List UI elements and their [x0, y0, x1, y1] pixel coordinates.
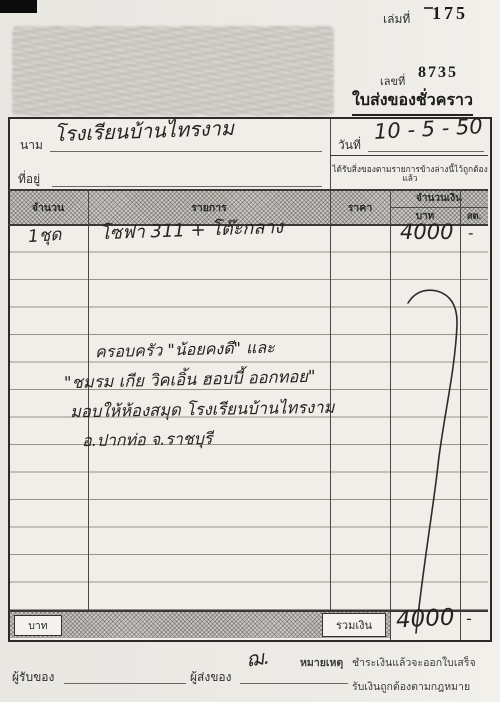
receiver-signature-line	[64, 683, 186, 684]
sender-signature-line	[240, 683, 348, 684]
remark-line-2: รับเงินถูกต้องตามกฎหมาย	[352, 678, 470, 695]
remark-line-1: ชำระเงินแล้วจะออกใบเสร็จ	[352, 654, 476, 671]
sender-label: ผู้ส่งของ	[190, 668, 231, 687]
sender-signature: ฌ.	[245, 646, 271, 669]
total-satang-value: -	[466, 611, 472, 627]
footer-baht-box: บาท	[14, 615, 62, 636]
remark-label: หมายเหตุ	[300, 654, 343, 671]
scanned-delivery-note: เล่มที่ 175 เลขที่ 8735 ใบส่งของชั่วคราว…	[0, 0, 500, 702]
total-label-box: รวมเงิน	[322, 613, 386, 637]
receiver-label: ผู้รับของ	[12, 668, 54, 687]
void-pen-stroke	[0, 0, 500, 702]
total-baht-value: 4000	[395, 606, 455, 632]
